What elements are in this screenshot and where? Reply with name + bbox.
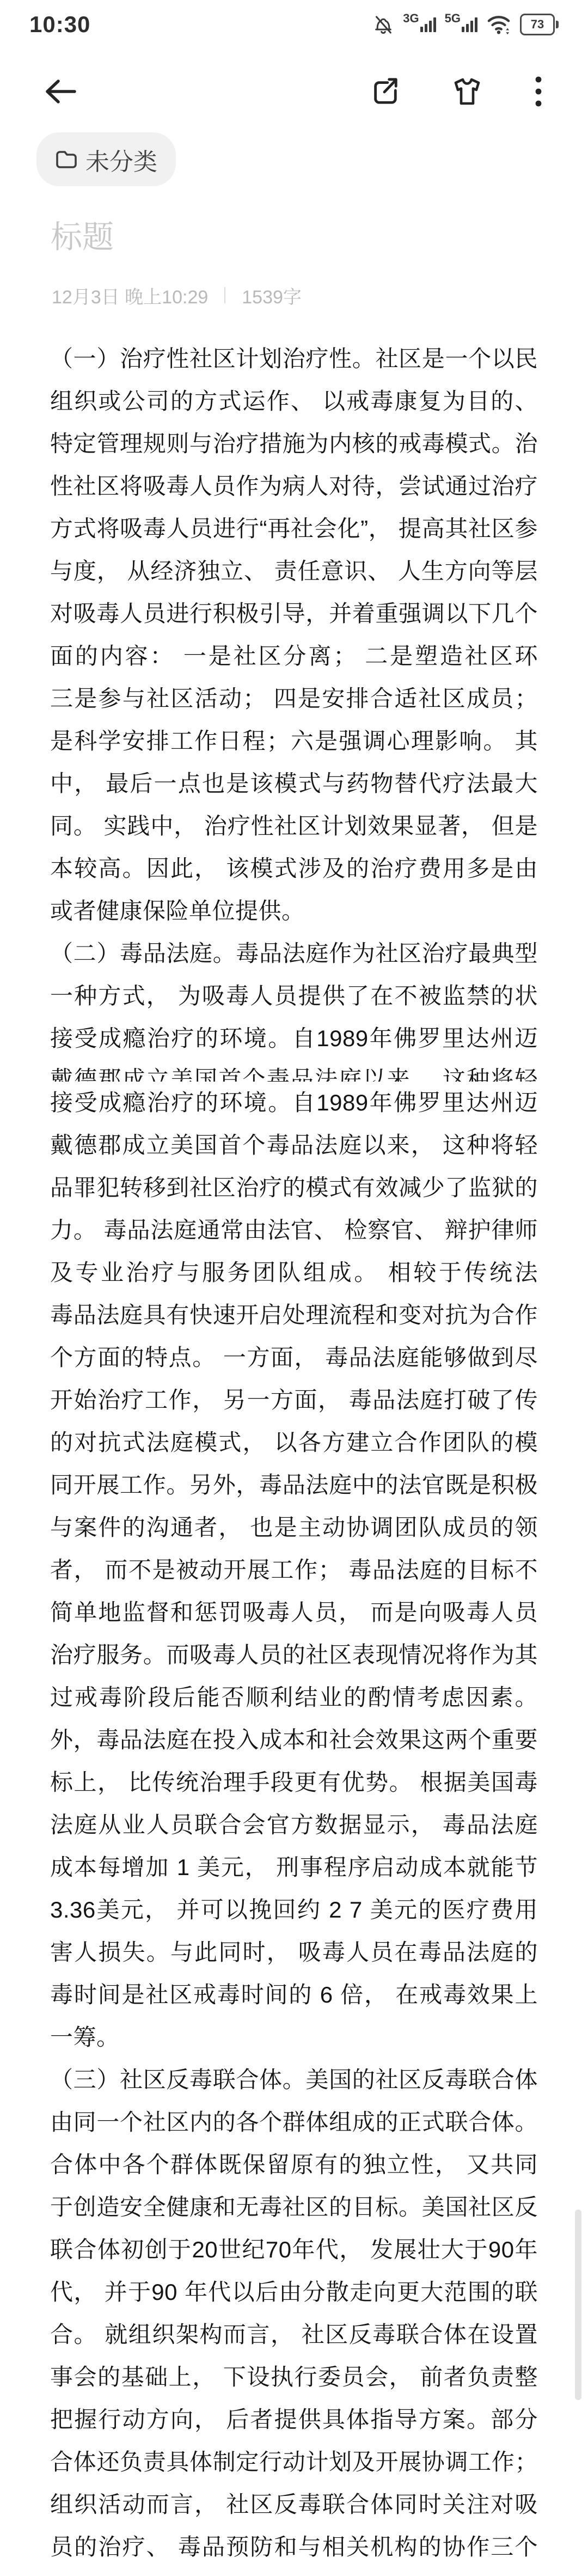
body-line: 合体还负责具体制定行动计划及开展协调工作； 就 [50, 2441, 538, 2483]
body-line: 简单地监督和惩罚吸毒人员， 而是向吸毒人员提供 [50, 1591, 538, 1634]
body-line: 毒品法庭具有快速开启处理流程和变对抗为合作两 [50, 1294, 538, 1336]
word-count: 1539字 [242, 282, 302, 309]
category-tag-label: 未分类 [85, 142, 157, 177]
body-line: 面的内容： 一是社区分离； 二是塑造社区环境； [50, 635, 538, 677]
body-line: 联合体初创于20世纪70年代， 发展壮大于90年 [50, 2229, 538, 2271]
body-line: 与度， 从经济独立、 责任意识、 人生方向等层面 [50, 550, 538, 593]
body-line: 事会的基础上， 下设执行委员会， 前者负责整体 [50, 2356, 538, 2398]
body-line: 一种方式， 为吸毒人员提供了在不被监禁的状态下 [50, 975, 538, 1017]
tshirt-theme-button[interactable] [452, 76, 482, 107]
body-line: 治疗服务。而吸毒人员的社区表现情况将作为其经 [50, 1634, 538, 1676]
note-body-editor[interactable]: （一）治疗性社区计划治疗性。社区是一个以民间组织或公司的方式运作、 以戒毒康复为… [0, 338, 588, 2568]
body-line: 与案件的沟通者， 也是主动协调团队成员的领导 [50, 1506, 538, 1549]
body-line: 员的治疗、 毒品预防和与相关机构的协作三个方 [50, 2526, 538, 2568]
body-line: 戴德郡成立美国首个毒品法庭以来， 这种将轻微毒 [50, 1124, 538, 1167]
meta-divider [224, 287, 225, 303]
wifi-icon [486, 14, 511, 35]
note-app-screen: { "status_bar": { "time": "10:30", "netw… [0, 0, 588, 2576]
signal-3g-icon: 3G [403, 17, 436, 32]
body-line: 3.36美元， 并可以挽回约 2 7 美元的医疗费用等受 [50, 1889, 538, 1931]
bell-muted-icon [372, 14, 394, 35]
body-line: 同开展工作。另外，毒品法庭中的法官既是积极参 [50, 1464, 538, 1506]
body-line: 组织活动而言， 社区反毒联合体同时关注对吸毒人 [50, 2483, 538, 2526]
body-line: 外，毒品法庭在投入成本和社会效果这两个重要指 [50, 1719, 538, 1761]
body-line: 本较高。因此， 该模式涉及的治疗费用多是由政府 [50, 847, 538, 890]
body-line: （一）治疗性社区计划治疗性。社区是一个以民间 [50, 338, 538, 380]
body-line: 同。 实践中， 治疗性社区计划效果显著， 但是成 [50, 805, 538, 847]
body-line: 中， 最后一点也是该模式与药物替代疗法最大的不 [50, 762, 538, 805]
body-line: 或者健康保险单位提供。 [50, 890, 538, 932]
category-tag[interactable]: 未分类 [36, 132, 176, 186]
body-line-clipped: 戴德郡成立美国首个毒品法庭以来， 这种将轻微毒 [50, 1060, 538, 1082]
body-line: 标上， 比传统治理手段更有优势。 根据美国毒品 [50, 1761, 538, 1804]
body-line: 合。 就组织架构而言， 社区反毒联合体在设置董 [50, 2313, 538, 2356]
body-line: 过戒毒阶段后能否顺利结业的酌情考虑因素。 另 [50, 1676, 538, 1719]
body-line: 于创造安全健康和无毒社区的目标。美国社区反毒 [50, 2186, 538, 2229]
body-line: 特定管理规则与治疗措施为内核的戒毒模式。治疗 [50, 423, 538, 465]
body-line: 合体中各个群体既保留原有的独立性， 又共同致力 [50, 2144, 538, 2186]
share-button[interactable] [370, 76, 400, 107]
body-line: 品罪犯转移到社区治疗的模式有效减少了监狱的压 [50, 1167, 538, 1209]
signal-5g-icon: 5G [445, 17, 477, 32]
body-line: 方式将吸毒人员进行“再社会化”， 提高其社区参 [50, 508, 538, 550]
body-line: 把握行动方向， 后者提供具体指导方案。部分联 [50, 2398, 538, 2441]
body-line: 一筹。 [50, 2016, 538, 2059]
network-type-label: 3G [403, 13, 419, 25]
body-line: 由同一个社区内的各个群体组成的正式联合体。 联 [50, 2101, 538, 2144]
body-line: 的对抗式法庭模式， 以各方建立合作团队的模式共 [50, 1421, 538, 1464]
note-date: 12月3日 晚上10:29 [52, 282, 208, 309]
scrollbar-thumb[interactable] [575, 2209, 581, 2400]
body-line: 者， 而不是被动开展工作； 毒品法庭的目标不是 [50, 1549, 538, 1591]
nav-bar [0, 75, 588, 108]
body-line: 成本每增加 1 美元， 刑事程序启动成本就能节省 [50, 1846, 538, 1889]
note-meta: 12月3日 晚上10:29 1539字 [52, 284, 588, 306]
status-bar: 10:30 3G 5G [0, 0, 588, 49]
body-line: 法庭从业人员联合会官方数据显示， 毒品法庭投入 [50, 1804, 538, 1846]
body-line: 力。 毒品法庭通常由法官、 检察官、 辩护律师以 [50, 1209, 538, 1252]
body-line: 是科学安排工作日程；六是强调心理影响。 其 [50, 720, 538, 762]
body-line: 个方面的特点。 一方面， 毒品法庭能够做到尽快 [50, 1336, 538, 1379]
body-line: 组织或公司的方式运作、 以戒毒康复为目的、 以 [50, 380, 538, 423]
folder-icon [55, 150, 78, 169]
body-line: 及专业治疗与服务团队组成。 相较于传统法院， [50, 1252, 538, 1294]
body-line: 对吸毒人员进行积极引导，并着重强调以下几个方 [50, 593, 538, 635]
network-type-label: 5G [445, 13, 461, 25]
body-line: 代， 并于90 年代以后由分散走向更大范围的联 [50, 2271, 538, 2313]
status-icons: 3G 5G 73 [372, 14, 559, 35]
battery-icon: 73 [520, 14, 559, 35]
body-line: 毒时间是社区戒毒时间的 6 倍， 在戒毒效果上更胜 [50, 1974, 538, 2016]
clock-time: 10:30 [29, 11, 90, 38]
more-menu-button[interactable] [535, 76, 542, 107]
battery-percent: 73 [520, 14, 555, 35]
body-line: 接受成瘾治疗的环境。自1989年佛罗里达州迈阿密 [50, 1017, 538, 1060]
body-line: 接受成瘾治疗的环境。自1989年佛罗里达州迈阿密 [50, 1082, 538, 1124]
title-input[interactable]: 标题 [51, 218, 588, 257]
body-line: 开始治疗工作， 另一方面， 毒品法庭打破了传统 [50, 1379, 538, 1421]
body-line: 三是参与社区活动； 四是安排合适社区成员； 五 [50, 677, 538, 720]
body-line: （二）毒品法庭。毒品法庭作为社区治疗最典型的 [50, 932, 538, 975]
body-line: 性社区将吸毒人员作为病人对待，尝试通过治疗的 [50, 465, 538, 508]
back-button[interactable] [44, 78, 77, 105]
body-line: 害人损失。与此同时， 吸毒人员在毒品法庭的戒 [50, 1931, 538, 1974]
body-line: （三）社区反毒联合体。美国的社区反毒联合体是 [50, 2059, 538, 2101]
